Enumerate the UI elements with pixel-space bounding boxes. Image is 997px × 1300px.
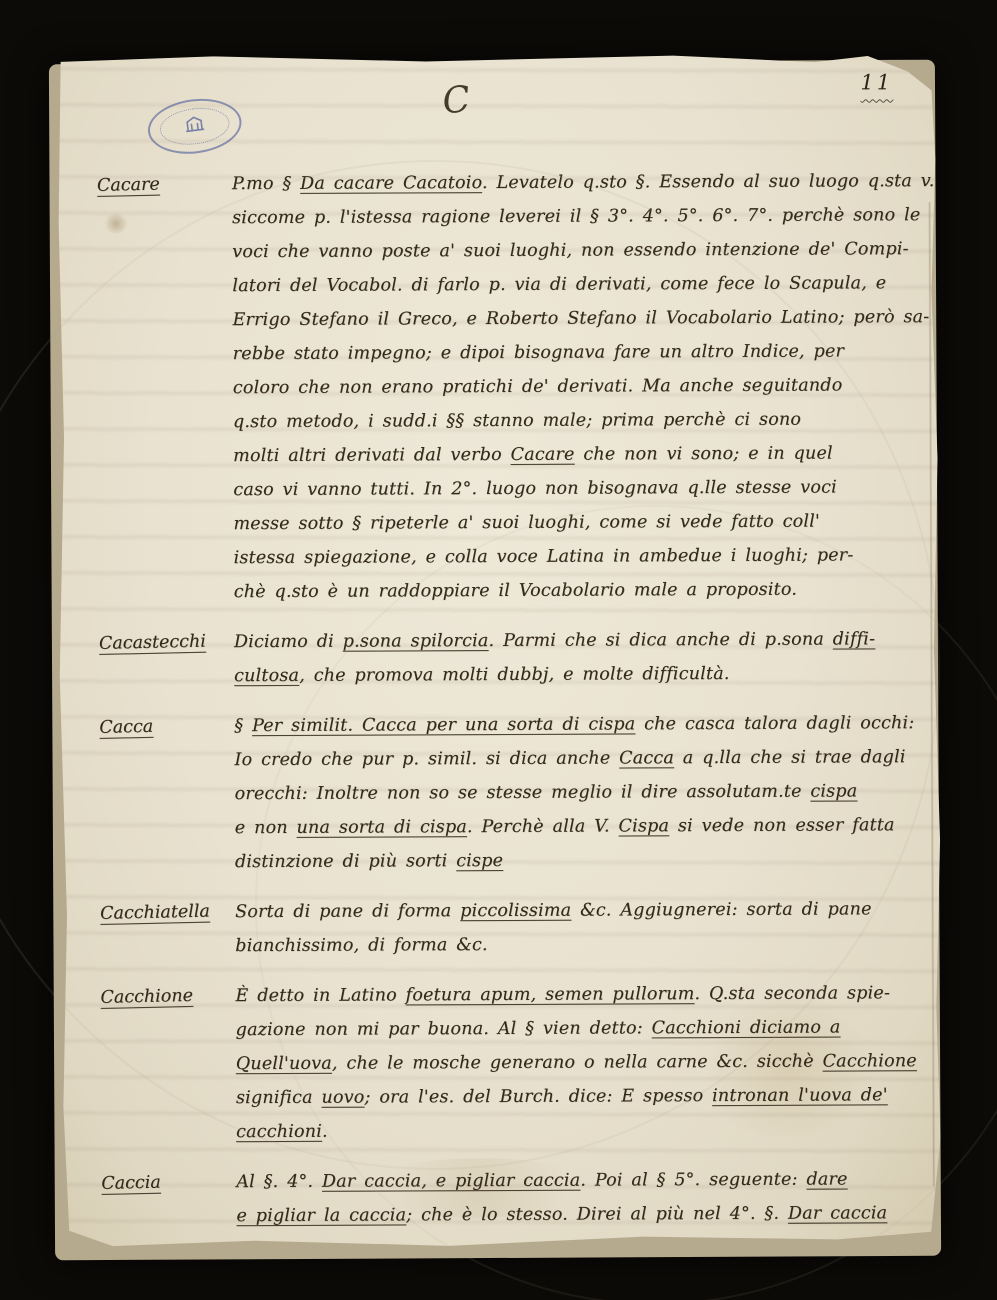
underlined-phrase: cispa: [810, 781, 857, 801]
entry-headword: Cacchiatella: [100, 894, 236, 931]
text-segment: . Perchè alla V.: [467, 816, 619, 837]
manuscript-line: cultosa, che promova molti dubbj, e molt…: [234, 656, 927, 693]
text-segment: chè q.sto è un raddoppiare il Vocabolari…: [234, 580, 797, 602]
entry-body: Sorta di pane di forma piccolissima &c. …: [235, 892, 928, 963]
manuscript-line: Io credo che pur p. simil. si dica anche…: [234, 740, 927, 777]
entry-headword: Caccia: [101, 1164, 237, 1201]
underlined-phrase: intronan l'uova de': [712, 1085, 888, 1106]
text-segment: ; che è lo stesso. Direi al più nel 4°. …: [406, 1204, 788, 1226]
manuscript-line: gazione non mi par buona. Al § vien dett…: [236, 1010, 929, 1047]
scanned-manuscript: C 11 CacareP.mo § Da cacare Cacatoio. Le…: [0, 0, 997, 1300]
manuscript-line: Errigo Stefano il Greco, e Roberto Stefa…: [232, 300, 941, 337]
text-segment: È detto in Latino: [235, 985, 405, 1006]
manuscript-line: cacchioni.: [236, 1112, 929, 1149]
dictionary-entry: CacciaAl §. 4°. Dar caccia, e pigliar ca…: [101, 1162, 929, 1234]
manuscript-line: significa uovo; ora l'es. del Burch. dic…: [236, 1078, 929, 1115]
text-segment: Diciamo di: [234, 632, 343, 652]
manuscript-line: bianchissimo, di forma &c.: [235, 926, 928, 963]
manuscript-line: q.sto metodo, i sudd.i §§ stanno male; p…: [233, 402, 942, 439]
text-segment: q.sto metodo, i sudd.i §§ stanno male; p…: [233, 410, 801, 432]
manuscript-line: coloro che non erano pratichi de' deriva…: [233, 368, 942, 405]
entry-body: Diciamo di p.sona spilorcia. Parmi che s…: [234, 622, 927, 693]
underlined-phrase: Cispa: [618, 816, 669, 836]
text-segment: .: [322, 1122, 328, 1142]
underlined-phrase: cultosa: [234, 666, 299, 686]
underlined-phrase: Quell'uova: [236, 1054, 332, 1074]
text-segment: Al §. 4°.: [236, 1172, 322, 1192]
text-segment: si vede non esser fatta: [669, 815, 895, 836]
underlined-phrase: piccolissima: [460, 901, 571, 921]
text-segment: gazione non mi par buona. Al § vien dett…: [236, 1018, 652, 1040]
text-segment: Sorta di pane di forma: [235, 901, 460, 922]
text-segment: . Q.sta seconda spie-: [694, 983, 890, 1004]
text-segment: Io credo che pur p. simil. si dica anche: [234, 748, 619, 770]
text-segment: ; ora l'es. del Burch. dice: E spesso: [364, 1086, 712, 1108]
header-letter: C: [440, 79, 472, 123]
manuscript-line: rebbe stato impegno; e dipoi bisognava f…: [233, 334, 942, 371]
dictionary-entry: Cacca§ Per similit. Cacca per una sorta …: [99, 706, 928, 880]
manuscript-line: È detto in Latino foetura apum, semen pu…: [235, 976, 928, 1013]
manuscript-line: messe sotto § ripeterle a' suoi luoghi, …: [233, 504, 942, 541]
dictionary-entry: CacchioneÈ detto in Latino foetura apum,…: [100, 976, 929, 1150]
underlined-phrase: diffi-: [833, 629, 876, 649]
manuscript-line: istessa spiegazione, e colla voce Latina…: [234, 538, 943, 575]
manuscript-line: Quell'uova, che le mosche generano o nel…: [236, 1044, 929, 1081]
manuscript-line: caso vi vanno tutti. In 2°. luogo non bi…: [233, 470, 942, 507]
manuscript-page: C 11 CacareP.mo § Da cacare Cacatoio. Le…: [54, 52, 943, 1250]
text-segment: significa: [236, 1088, 322, 1108]
underlined-phrase: cacchioni: [236, 1122, 322, 1142]
underlined-phrase: Cacchioni diciamo a: [652, 1018, 841, 1039]
underlined-phrase: Cacca: [619, 748, 674, 768]
manuscript-line: voci che vanno poste a' suoi luoghi, non…: [232, 232, 941, 269]
manuscript-line: Diciamo di p.sona spilorcia. Parmi che s…: [234, 622, 927, 659]
underlined-phrase: Dar caccia, e pigliar caccia: [322, 1171, 580, 1192]
text-segment: messe sotto § ripeterle a' suoi luoghi, …: [233, 512, 820, 535]
text-segment: . Levatelo q.sto §. Essendo al suo luogo…: [482, 171, 941, 193]
text-segment: voci che vanno poste a' suoi luoghi, non…: [232, 239, 909, 262]
text-segment: orecchi: Inoltre non so se stesse meglio…: [235, 782, 811, 805]
text-segment: caso vi vanno tutti. In 2°. luogo non bi…: [233, 478, 837, 501]
manuscript-line: chè q.sto è un raddoppiare il Vocabolari…: [234, 572, 943, 609]
manuscript-line: orecchi: Inoltre non so se stesse meglio…: [235, 774, 928, 811]
text-segment: &c. Aggiugnerei: sorta di pane: [571, 899, 871, 920]
dictionary-entry: CacchiatellaSorta di pane di forma picco…: [100, 892, 928, 964]
stamp-inner-ring: [158, 104, 232, 149]
manuscript-line: e non una sorta di cispa. Perchè alla V.…: [235, 808, 928, 845]
underlined-phrase: Cacare: [511, 445, 575, 465]
manuscript-line: Al §. 4°. Dar caccia, e pigliar caccia. …: [236, 1162, 929, 1199]
library-stamp: [145, 94, 245, 159]
entry-headword: Cacchione: [100, 978, 236, 1015]
text-segment: istessa spiegazione, e colla voce Latina…: [234, 545, 854, 568]
text-segment: latori del Vocabol. di farlo p. via di d…: [232, 273, 886, 296]
entry-body: P.mo § Da cacare Cacatoio. Levatelo q.st…: [232, 164, 943, 609]
text-segment: , che promova molti dubbj, e molte diffi…: [299, 664, 730, 686]
text-segment: a q.lla che si trae dagli: [674, 747, 906, 768]
entry-body: Al §. 4°. Dar caccia, e pigliar caccia. …: [236, 1162, 929, 1233]
underlined-phrase: Da cacare Cacatoio: [300, 173, 482, 194]
entry-body: § Per similit. Cacca per una sorta di ci…: [234, 706, 928, 879]
underlined-phrase: cispe: [456, 851, 503, 871]
stamp-emblem-icon: [182, 113, 207, 140]
entry-headword: Cacca: [99, 708, 235, 745]
entry-body: È detto in Latino foetura apum, semen pu…: [235, 976, 929, 1149]
underlined-phrase: Cacchione: [823, 1051, 917, 1071]
text-segment: coloro che non erano pratichi de' deriva…: [233, 375, 843, 398]
underlined-phrase: uovo: [321, 1088, 364, 1108]
text-segment: . Poi al § 5°. seguente:: [580, 1170, 806, 1191]
manuscript-line: Sorta di pane di forma piccolissima &c. …: [235, 892, 928, 929]
text-segment: che casca talora dagli occhi:: [635, 713, 914, 734]
underlined-phrase: p.sona spilorcia: [343, 631, 489, 652]
manuscript-line: P.mo § Da cacare Cacatoio. Levatelo q.st…: [232, 164, 941, 201]
text-segment: Errigo Stefano il Greco, e Roberto Stefa…: [233, 307, 930, 330]
dictionary-entry: CacastecchiDiciamo di p.sona spilorcia. …: [99, 622, 927, 694]
underlined-phrase: foetura apum, semen pullorum: [406, 984, 695, 1005]
underlined-phrase: Dar caccia: [788, 1203, 887, 1223]
text-segment: . Parmi che si dica anche di p.sona: [488, 630, 832, 652]
manuscript-line: § Per similit. Cacca per una sorta di ci…: [234, 706, 927, 743]
manuscript-line: siccome p. l'istessa ragione leverei il …: [232, 198, 941, 235]
folio-number: 11: [860, 70, 893, 94]
manuscript-line: distinzione di più sorti cispe: [235, 842, 928, 879]
text-segment: rebbe stato impegno; e dipoi bisognava f…: [233, 341, 844, 364]
text-segment: bianchissimo, di forma &c.: [235, 935, 488, 956]
dictionary-entry: CacareP.mo § Da cacare Cacatoio. Levatel…: [97, 164, 927, 610]
underlined-phrase: e pigliar la caccia: [236, 1205, 406, 1226]
underlined-phrase: dare: [806, 1169, 847, 1189]
text-segment: distinzione di più sorti: [235, 851, 456, 872]
text-segment: e non: [235, 818, 297, 838]
underlined-phrase: Per similit. Cacca per una sorta di cisp…: [252, 714, 635, 736]
text-segment: , che le mosche generano o nella carne &…: [332, 1052, 823, 1074]
entries: CacareP.mo § Da cacare Cacatoio. Levatel…: [97, 164, 930, 1234]
text-segment: che non vi sono; e in quel: [575, 444, 833, 465]
entry-headword: Cacare: [97, 166, 233, 203]
text-segment: siccome p. l'istessa ragione leverei il …: [232, 205, 920, 228]
manuscript-line: e pigliar la caccia; che è lo stesso. Di…: [236, 1196, 929, 1233]
manuscript-line: latori del Vocabol. di farlo p. via di d…: [232, 266, 941, 303]
text-segment: P.mo §: [232, 174, 300, 194]
underlined-phrase: una sorta di cispa: [296, 817, 467, 838]
entry-headword: Cacastecchi: [99, 624, 235, 661]
text-segment: molti altri derivati dal verbo: [233, 445, 511, 466]
text-segment: §: [234, 716, 252, 736]
manuscript-line: molti altri derivati dal verbo Cacare ch…: [233, 436, 942, 473]
